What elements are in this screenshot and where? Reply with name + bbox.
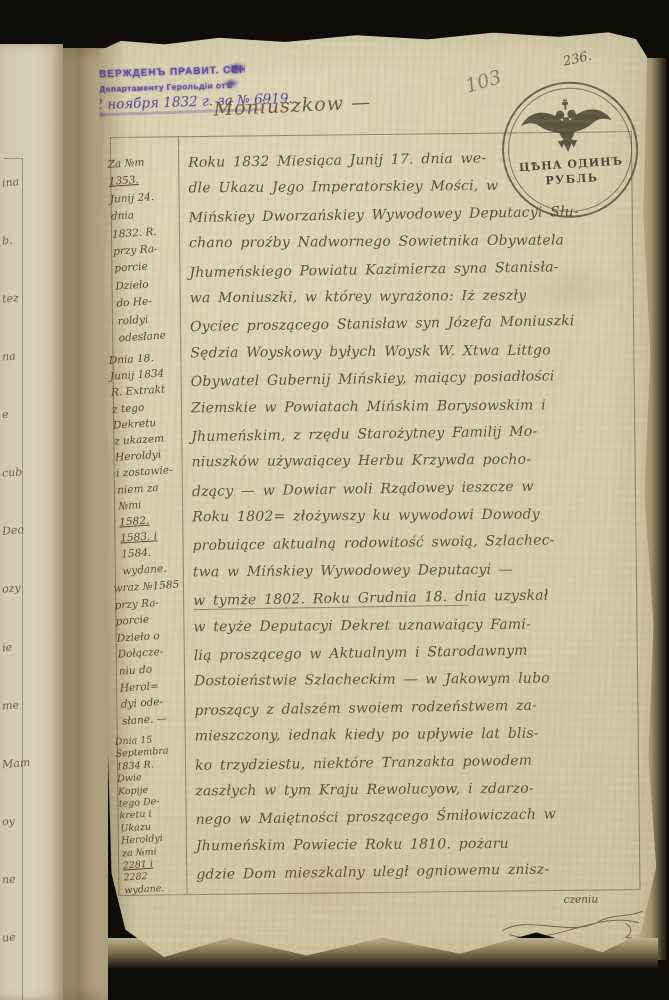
folio-number-pencil: 103	[463, 66, 504, 97]
text-fragment: na	[1, 350, 16, 364]
previous-page-text-fragments: inab.teznaecubDeoozyiemeMamoyneue	[2, 176, 46, 944]
folio-number-ink: 236.	[562, 49, 594, 70]
previous-page-rule-horizontal	[4, 158, 23, 159]
scanned-manuscript-photo: inab.teznaecubDeoozyiemeMamoyneue УТВЕРЖ…	[0, 0, 669, 1000]
margin-note-group-3: wraz №1585przy Ra-porcieDzieło oDołącze-…	[113, 577, 188, 730]
manuscript-body-text: Roku 1832 Miesiąca Junij 17. dnia we-dle…	[188, 144, 640, 889]
margin-note-group-2: Dnia 18.Junij 1834R. Extraktz tegoDekret…	[108, 349, 188, 580]
text-fragment: ne	[1, 872, 16, 886]
text-fragment: tez	[1, 291, 19, 305]
text-fragment: me	[1, 698, 19, 712]
manuscript-line: gdzie Dom mieszkalny uległ ogniowemu zni…	[196, 855, 640, 889]
text-fragment: ozy	[1, 582, 21, 597]
text-fragment: Deo	[1, 523, 24, 538]
margin-note-group-4: Dnia 15Septembra1834 R.DwieKopijetego De…	[115, 733, 191, 898]
text-fragment: oy	[1, 814, 15, 828]
document-page: УТВЕРЖДЕНЪ ПРАВИТ. СЕНАТОМЪ по Департаме…	[99, 27, 658, 967]
table-rule-bottom	[118, 889, 640, 896]
approval-stamp-line1: УТВЕРЖДЕНЪ ПРАВИТ. СЕНАТОМЪ	[85, 65, 245, 81]
text-fragment: ina	[1, 175, 19, 189]
previous-page-edge: inab.teznaecubDeoozyiemeMamoyneue	[0, 44, 63, 1000]
text-fragment: b.	[1, 234, 13, 248]
margin-note-line: słane. —	[122, 709, 189, 730]
margin-note-group-1: Za №m1353.Junij 24.dnia1832. R.przy Ra-p…	[107, 153, 185, 348]
text-fragment: ie	[1, 640, 12, 654]
text-fragment: Mam	[1, 755, 30, 770]
text-fragment: ue	[1, 930, 16, 944]
text-fragment: cub	[1, 465, 22, 480]
text-fragment: e	[1, 408, 9, 422]
margin-note-line: odesłane	[118, 326, 185, 348]
